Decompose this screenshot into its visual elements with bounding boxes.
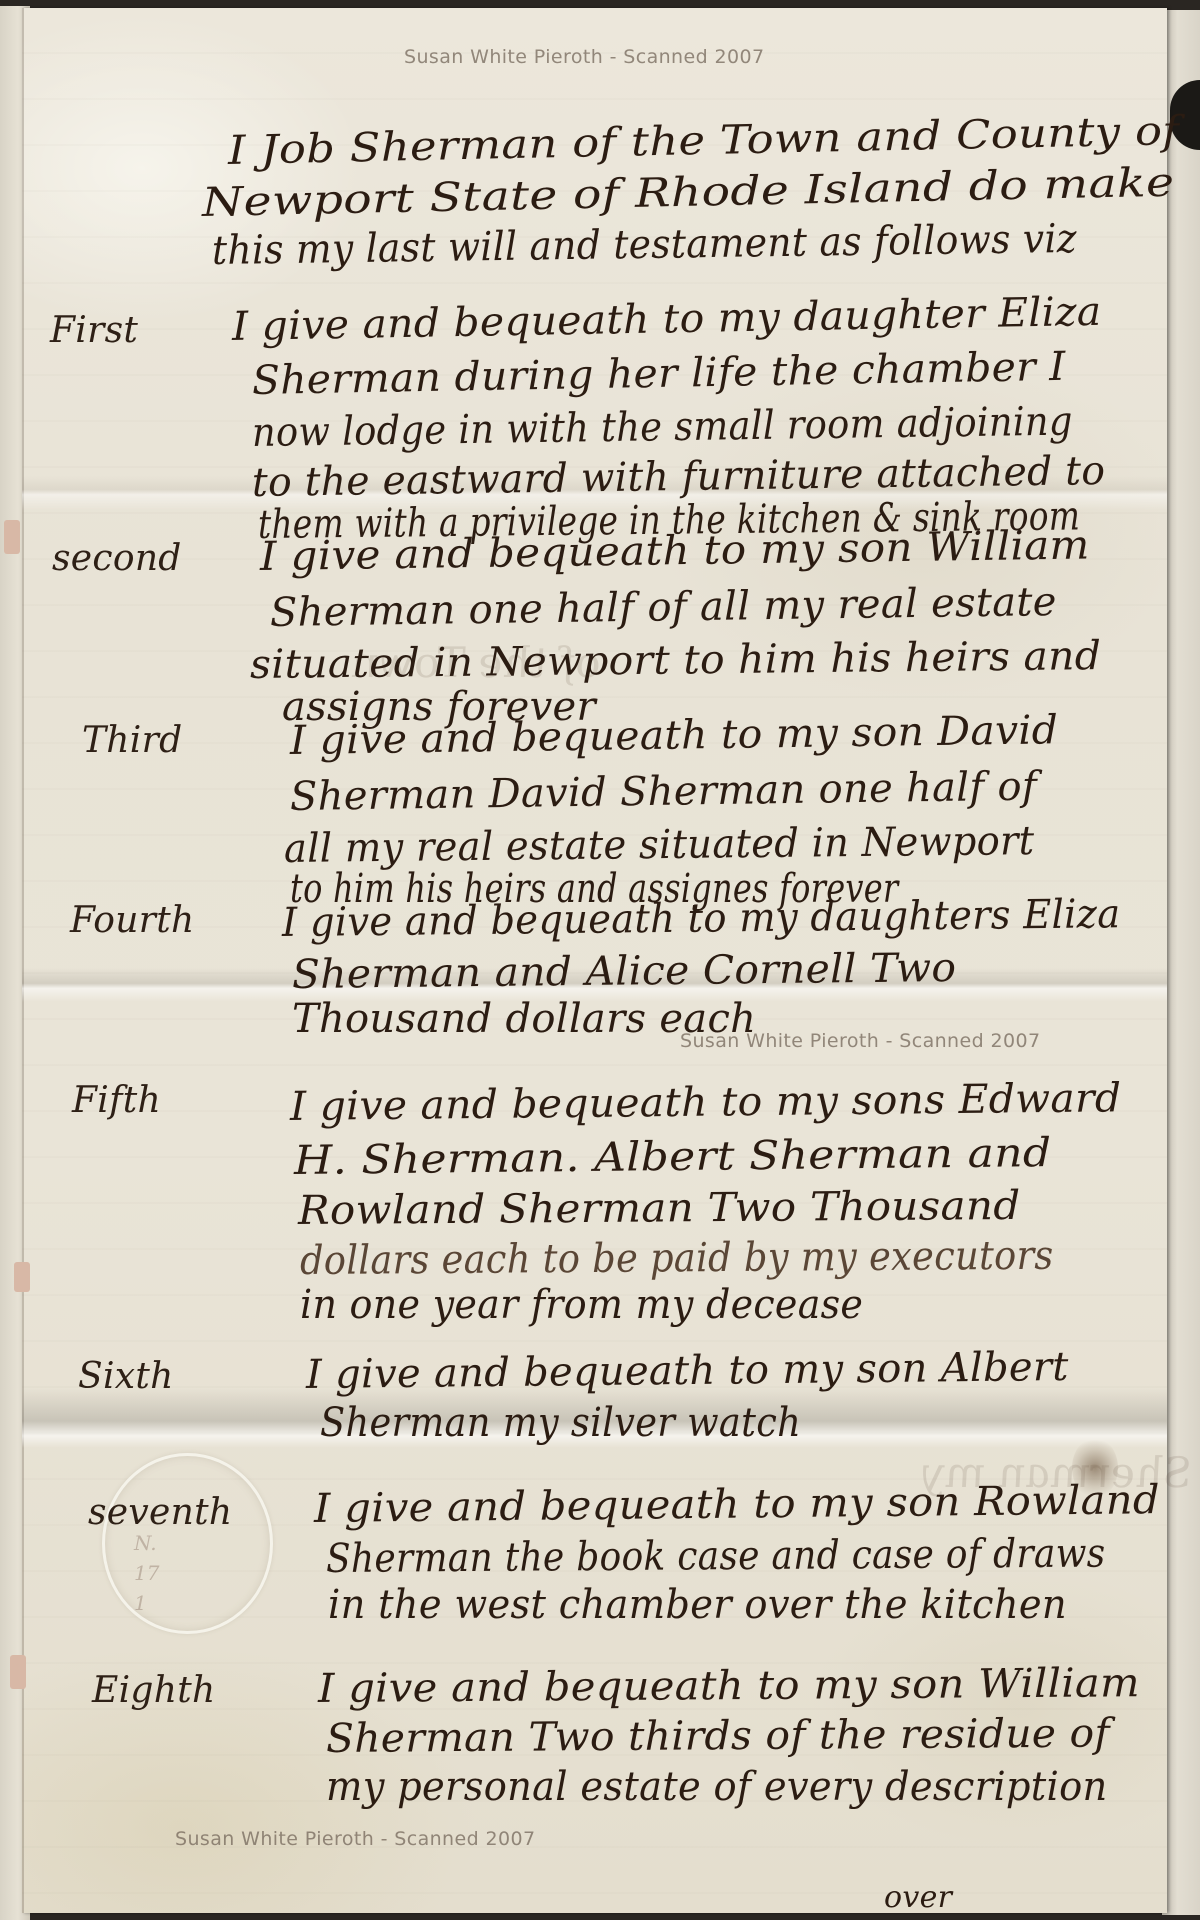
embossed-seal bbox=[102, 1453, 273, 1634]
clause-label-second: second bbox=[52, 538, 182, 579]
clause-eighth-line-3: my personal estate of every description bbox=[326, 1764, 1108, 1810]
binding-ribbon bbox=[10, 1655, 26, 1689]
clause-label-fourth: Fourth bbox=[70, 900, 195, 941]
clause-label-sixth: Sixth bbox=[78, 1356, 174, 1397]
clause-sixth-line-2: Sherman my silver watch bbox=[320, 1400, 801, 1446]
clause-seventh-line-2: Sherman the book case and case of draws bbox=[326, 1531, 1106, 1582]
clause-label-fifth: Fifth bbox=[72, 1080, 161, 1121]
clause-label-third: Third bbox=[82, 720, 182, 761]
clause-fourth-line-3: Thousand dollars each bbox=[292, 996, 756, 1042]
seal-marks: N. 17 1 bbox=[134, 1528, 159, 1618]
binding-ribbon bbox=[4, 520, 20, 554]
clause-fifth-line-2: H. Sherman. Albert Sherman and bbox=[294, 1130, 1052, 1184]
watermark-bottom: Susan White Pieroth - Scanned 2007 bbox=[175, 1828, 535, 1850]
clause-label-eighth: Eighth bbox=[92, 1670, 215, 1711]
continuation-note: over bbox=[884, 1880, 952, 1915]
clause-sixth-line-1: I give and bequeath to my son Albert bbox=[306, 1344, 1069, 1398]
left-fold-edge bbox=[22, 8, 24, 1913]
clause-fourth-line-1: I give and bequeath to my daughters Eliz… bbox=[282, 891, 1121, 946]
watermark-top: Susan White Pieroth - Scanned 2007 bbox=[404, 46, 764, 68]
clause-eighth-line-2: Sherman Two thirds of the residue of bbox=[326, 1711, 1110, 1762]
document-scan: Sherman my of the Town N. 17 1 Susan Whi… bbox=[0, 0, 1200, 1920]
clause-second-line-3: situated in Newport to him his heirs and bbox=[250, 633, 1102, 688]
clause-fifth-line-1: I give and bequeath to my sons Edward bbox=[290, 1075, 1122, 1130]
clause-fourth-line-2: Sherman and Alice Cornell Two bbox=[292, 945, 957, 998]
clause-label-seventh: seventh bbox=[88, 1492, 232, 1533]
clause-fifth-line-4: dollars each to be paid by my executors bbox=[300, 1233, 1054, 1284]
clause-seventh-line-1: I give and bequeath to my son Rowland bbox=[314, 1477, 1160, 1532]
clause-seventh-line-3: in the west chamber over the kitchen bbox=[328, 1582, 1067, 1628]
binding-ribbon bbox=[14, 1262, 30, 1292]
underlying-sheet-right bbox=[1162, 10, 1200, 1915]
clause-fifth-line-5: in one year from my decease bbox=[300, 1282, 863, 1328]
clause-fifth-line-3: Rowland Sherman Two Thousand bbox=[298, 1183, 1021, 1234]
clause-eighth-line-1: I give and bequeath to my son William bbox=[318, 1660, 1140, 1712]
clause-label-first: First bbox=[50, 310, 138, 351]
clause-third-line-3: all my real estate situated in Newport bbox=[284, 818, 1035, 872]
